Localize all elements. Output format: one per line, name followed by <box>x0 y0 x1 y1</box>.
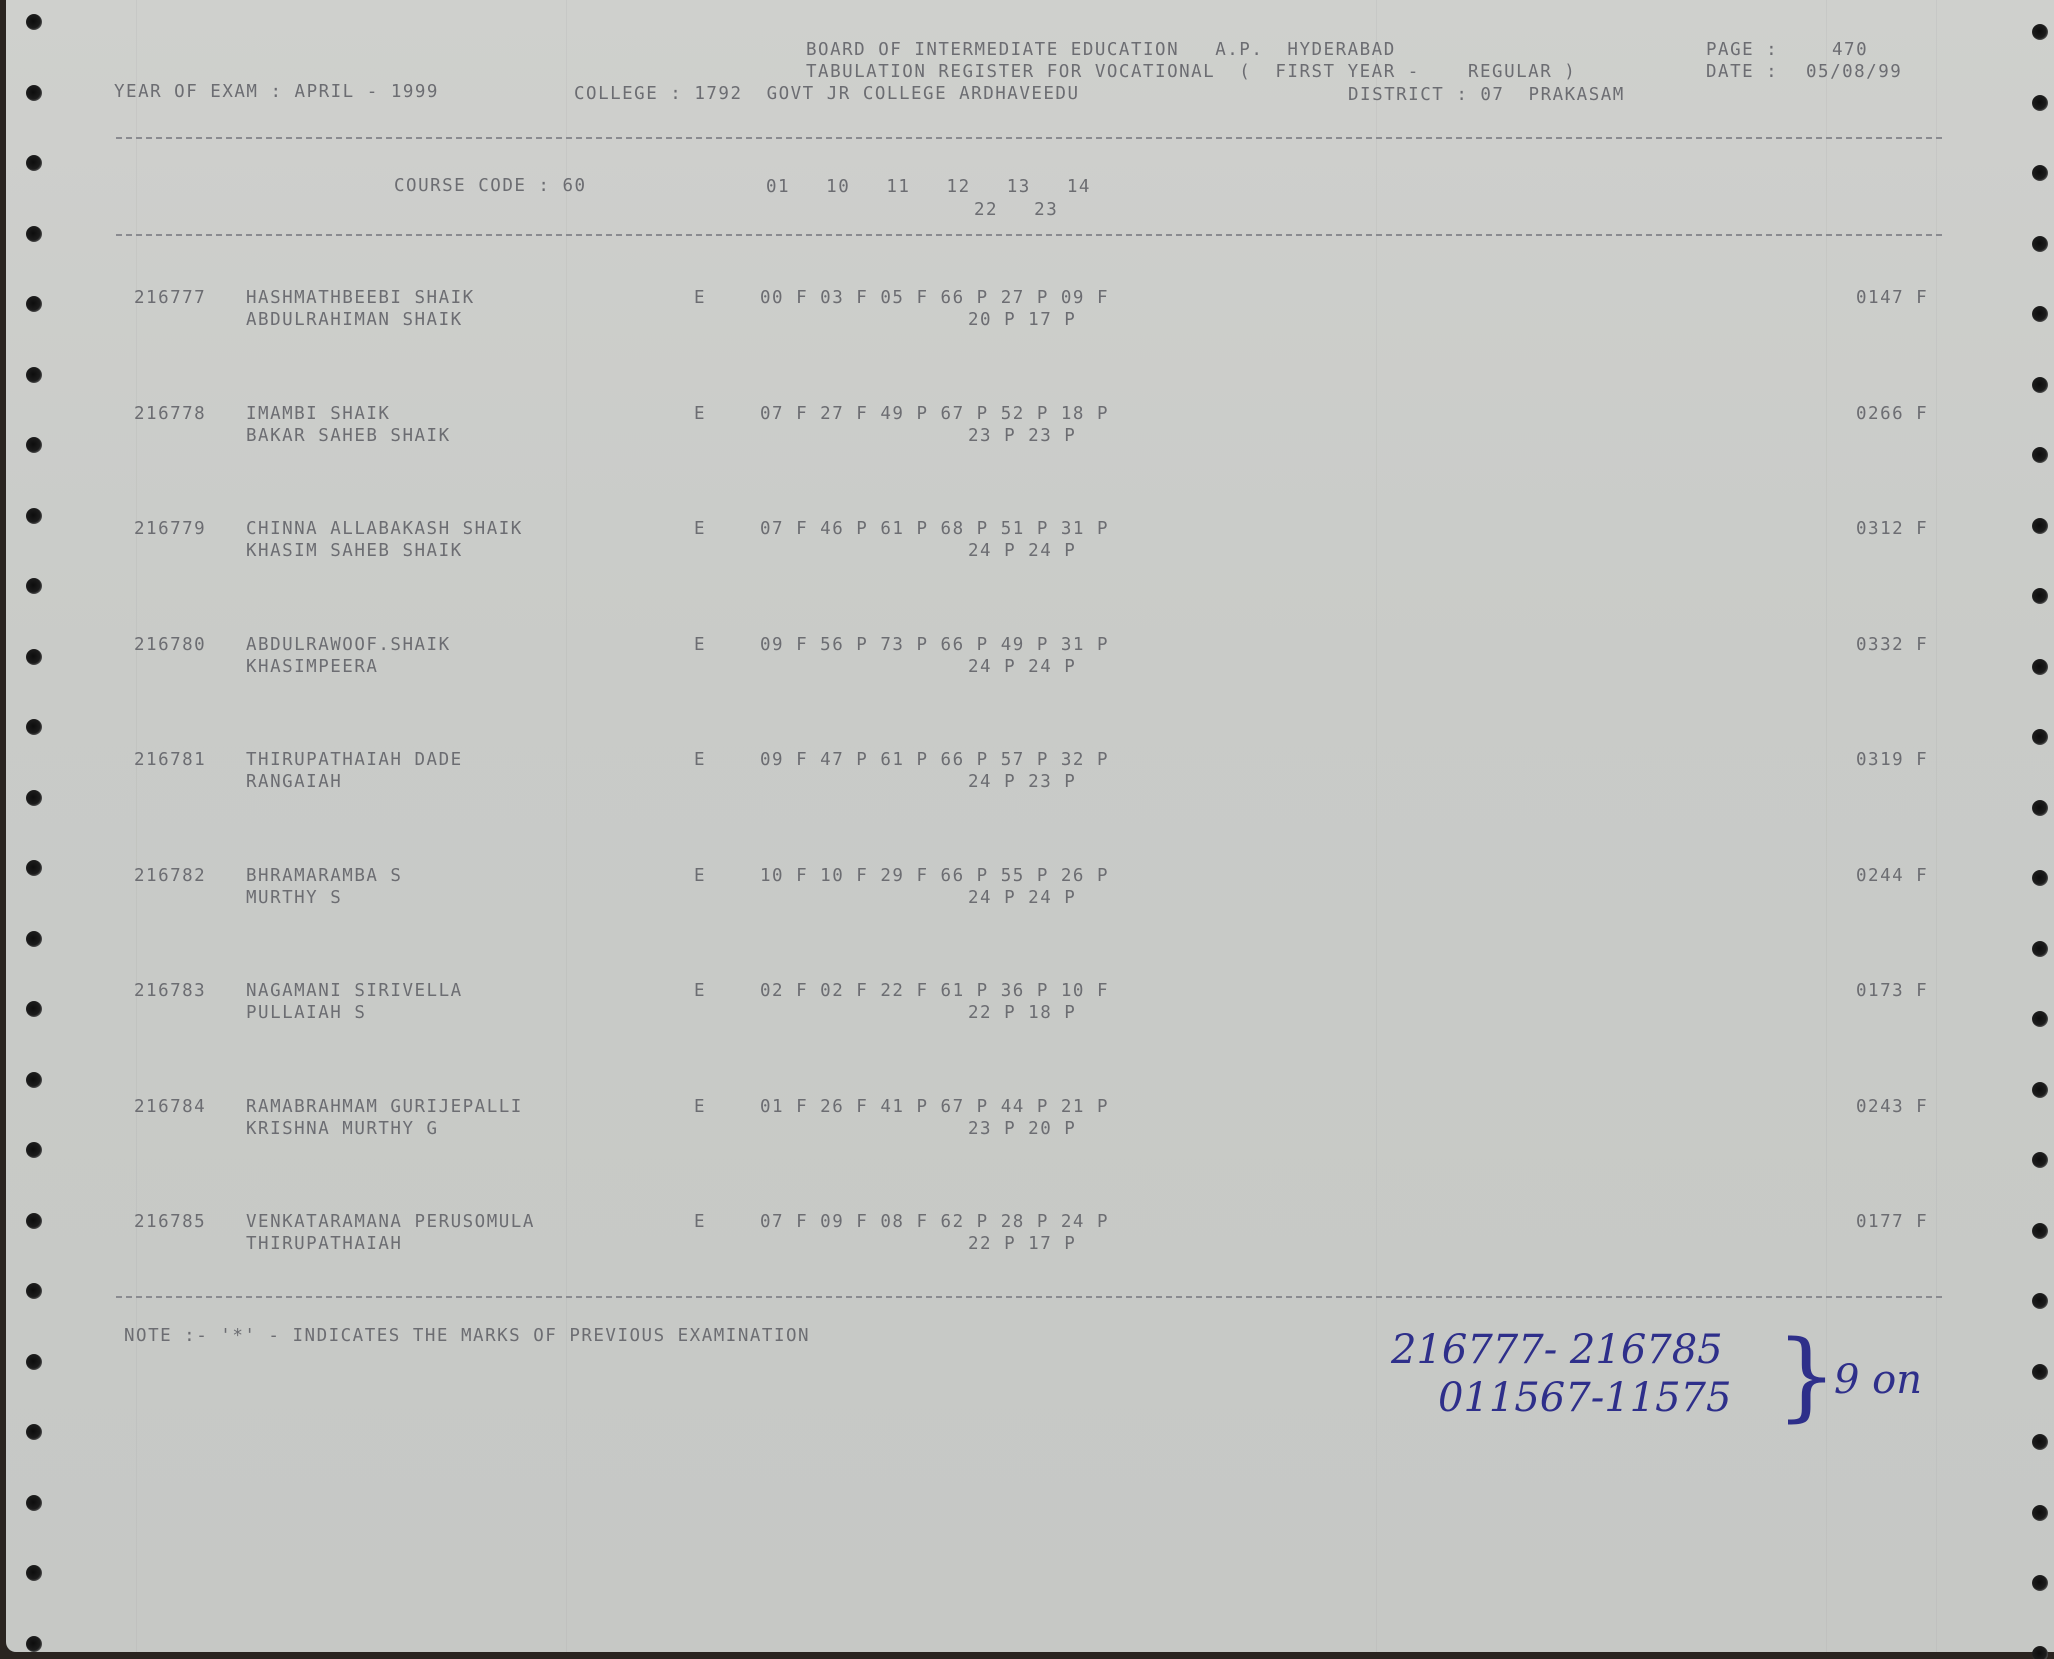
student-row: 216777HASHMATHBEEBI SHAIKABDULRAHIMAN SH… <box>6 290 2054 350</box>
perforation-hole <box>26 1354 42 1370</box>
student-row: 216785VENKATARAMANA PERUSOMULATHIRUPATHA… <box>6 1214 2054 1274</box>
college: COLLEGE : 1792 GOVT JR COLLEGE ARDHAVEED… <box>574 86 1080 104</box>
student-row: 216784RAMABRAHMAM GURIJEPALLIKRISHNA MUR… <box>6 1099 2054 1159</box>
total-result: 0243 F <box>1856 1099 1928 1117</box>
perforation-hole <box>26 1072 42 1088</box>
subject-marks-row2: 20 P 17 P <box>968 312 1076 330</box>
footnote: NOTE :- '*' - INDICATES THE MARKS OF PRE… <box>124 1328 810 1346</box>
subject-marks-row2: 22 P 17 P <box>968 1236 1076 1254</box>
total-result: 0173 F <box>1856 983 1928 1001</box>
print-date: 05/08/99 <box>1806 64 1902 82</box>
district: DISTRICT : 07 PRAKASAM <box>1348 87 1625 105</box>
perforation-hole <box>2032 1434 2048 1450</box>
student-row: 216779CHINNA ALLABAKASH SHAIKKHASIM SAHE… <box>6 521 2054 581</box>
subject-marks: 02 F 02 F 22 F 61 P 36 P 10 F <box>760 983 1109 1001</box>
divider <box>116 1296 1942 1298</box>
student-row: 216780ABDULRAWOOF.SHAIKKHASIMPEERAE09 F … <box>6 637 2054 697</box>
father-name: THIRUPATHAIAH <box>246 1236 402 1254</box>
perforation-hole <box>26 1565 42 1581</box>
subject-marks: 09 F 47 P 61 P 66 P 57 P 32 P <box>760 752 1109 770</box>
paper-ruling <box>1936 0 1937 1652</box>
perforation-hole <box>2032 1646 2048 1659</box>
medium: E <box>694 406 706 424</box>
student-name: IMAMBI SHAIK <box>246 406 390 424</box>
perforation-hole <box>2032 236 2048 252</box>
total-result: 0332 F <box>1856 637 1928 655</box>
father-name: KHASIMPEERA <box>246 659 378 677</box>
subject-marks: 09 F 56 P 73 P 66 P 49 P 31 P <box>760 637 1109 655</box>
subject-marks: 07 F 27 F 49 P 67 P 52 P 18 P <box>760 406 1109 424</box>
handwritten-count: 9 on <box>1834 1360 1922 1400</box>
student-row: 216781THIRUPATHAIAH DADERANGAIAHE09 F 47… <box>6 752 2054 812</box>
total-result: 0147 F <box>1856 290 1928 308</box>
total-result: 0319 F <box>1856 752 1928 770</box>
roll-number: 216779 <box>134 521 206 539</box>
paper-ruling <box>566 0 567 1652</box>
perforation-hole <box>26 931 42 947</box>
subject-marks-row2: 22 P 18 P <box>968 1005 1076 1023</box>
perforation-hole <box>26 14 42 30</box>
subject-marks: 00 F 03 F 05 F 66 P 27 P 09 F <box>760 290 1109 308</box>
perforation-hole <box>2032 1082 2048 1098</box>
subject-marks: 07 F 09 F 08 F 62 P 28 P 24 P <box>760 1214 1109 1232</box>
father-name: PULLAIAH S <box>246 1005 366 1023</box>
subject-marks: 01 F 26 F 41 P 67 P 44 P 21 P <box>760 1099 1109 1117</box>
father-name: KRISHNA MURTHY G <box>246 1121 439 1139</box>
perforation-hole <box>2032 941 2048 957</box>
subject-marks-row2: 24 P 24 P <box>968 890 1076 908</box>
perforation-hole <box>26 367 42 383</box>
total-result: 0244 F <box>1856 868 1928 886</box>
total-result: 0312 F <box>1856 521 1928 539</box>
perforation-hole <box>2032 1364 2048 1380</box>
roll-number: 216780 <box>134 637 206 655</box>
medium: E <box>694 868 706 886</box>
perforation-hole <box>26 1636 42 1652</box>
medium: E <box>694 983 706 1001</box>
perforation-hole <box>2032 588 2048 604</box>
subject-marks: 10 F 10 F 29 F 66 P 55 P 26 P <box>760 868 1109 886</box>
page-number: 470 <box>1832 42 1868 60</box>
perforation-hole <box>26 226 42 242</box>
roll-number: 216784 <box>134 1099 206 1117</box>
perforation-hole <box>2032 1293 2048 1309</box>
student-name: RAMABRAHMAM GURIJEPALLI <box>246 1099 523 1117</box>
father-name: RANGAIAH <box>246 774 342 792</box>
roll-number: 216783 <box>134 983 206 1001</box>
student-row: 216782BHRAMARAMBA SMURTHY SE10 F 10 F 29… <box>6 868 2054 928</box>
roll-number: 216785 <box>134 1214 206 1232</box>
student-name: HASHMATHBEEBI SHAIK <box>246 290 475 308</box>
paper-ruling <box>136 0 137 1652</box>
perforation-hole <box>26 719 42 735</box>
perforation-hole <box>2032 1575 2048 1591</box>
handwritten-serial-range: 011567-11575 <box>1438 1378 1731 1418</box>
date-label: DATE : <box>1706 64 1778 82</box>
roll-number: 216778 <box>134 406 206 424</box>
handwritten-roll-range: 216777- 216785 <box>1391 1330 1723 1370</box>
subject-marks-row2: 23 P 23 P <box>968 428 1076 446</box>
perforation-hole <box>2032 1505 2048 1521</box>
perforation-hole <box>2032 377 2048 393</box>
perforation-hole <box>26 1495 42 1511</box>
register-title: TABULATION REGISTER FOR VOCATIONAL ( FIR… <box>806 64 1576 82</box>
student-name: ABDULRAWOOF.SHAIK <box>246 637 451 655</box>
handwritten-brace: } <box>1776 1328 1837 1424</box>
paper-ruling <box>1376 0 1377 1652</box>
perforation-hole <box>26 85 42 101</box>
total-result: 0177 F <box>1856 1214 1928 1232</box>
roll-number: 216781 <box>134 752 206 770</box>
roll-number: 216782 <box>134 868 206 886</box>
roll-number: 216777 <box>134 290 206 308</box>
subject-codes-row1: 01 10 11 12 13 14 <box>766 179 1091 197</box>
perforation-hole <box>2032 24 2048 40</box>
student-name: NAGAMANI SIRIVELLA <box>246 983 463 1001</box>
perforation-hole <box>2032 95 2048 111</box>
father-name: KHASIM SAHEB SHAIK <box>246 543 463 561</box>
father-name: BAKAR SAHEB SHAIK <box>246 428 451 446</box>
student-name: VENKATARAMANA PERUSOMULA <box>246 1214 535 1232</box>
medium: E <box>694 752 706 770</box>
board-title: BOARD OF INTERMEDIATE EDUCATION A.P. HYD… <box>806 42 1396 60</box>
student-name: BHRAMARAMBA S <box>246 868 402 886</box>
student-name: CHINNA ALLABAKASH SHAIK <box>246 521 523 539</box>
perforation-hole <box>2032 165 2048 181</box>
year-of-exam: YEAR OF EXAM : APRIL - 1999 <box>114 84 439 102</box>
perforation-hole <box>26 1424 42 1440</box>
subject-marks: 07 F 46 P 61 P 68 P 51 P 31 P <box>760 521 1109 539</box>
tabulation-register-sheet: BOARD OF INTERMEDIATE EDUCATION A.P. HYD… <box>6 0 2054 1652</box>
medium: E <box>694 637 706 655</box>
subject-marks-row2: 24 P 23 P <box>968 774 1076 792</box>
perforation-hole <box>2032 729 2048 745</box>
page-label: PAGE : <box>1706 42 1778 60</box>
father-name: MURTHY S <box>246 890 342 908</box>
divider <box>116 137 1942 139</box>
medium: E <box>694 521 706 539</box>
medium: E <box>694 1099 706 1117</box>
medium: E <box>694 290 706 308</box>
subject-marks-row2: 24 P 24 P <box>968 659 1076 677</box>
father-name: ABDULRAHIMAN SHAIK <box>246 312 463 330</box>
medium: E <box>694 1214 706 1232</box>
course-code: COURSE CODE : 60 <box>394 178 587 196</box>
student-row: 216778IMAMBI SHAIKBAKAR SAHEB SHAIKE07 F… <box>6 406 2054 466</box>
subject-marks-row2: 23 P 20 P <box>968 1121 1076 1139</box>
student-row: 216783NAGAMANI SIRIVELLAPULLAIAH SE02 F … <box>6 983 2054 1043</box>
student-name: THIRUPATHAIAH DADE <box>246 752 463 770</box>
perforation-hole <box>26 1283 42 1299</box>
total-result: 0266 F <box>1856 406 1928 424</box>
perforation-hole <box>26 155 42 171</box>
divider <box>116 234 1942 236</box>
subject-codes-row2: 22 23 <box>974 202 1058 220</box>
subject-marks-row2: 24 P 24 P <box>968 543 1076 561</box>
